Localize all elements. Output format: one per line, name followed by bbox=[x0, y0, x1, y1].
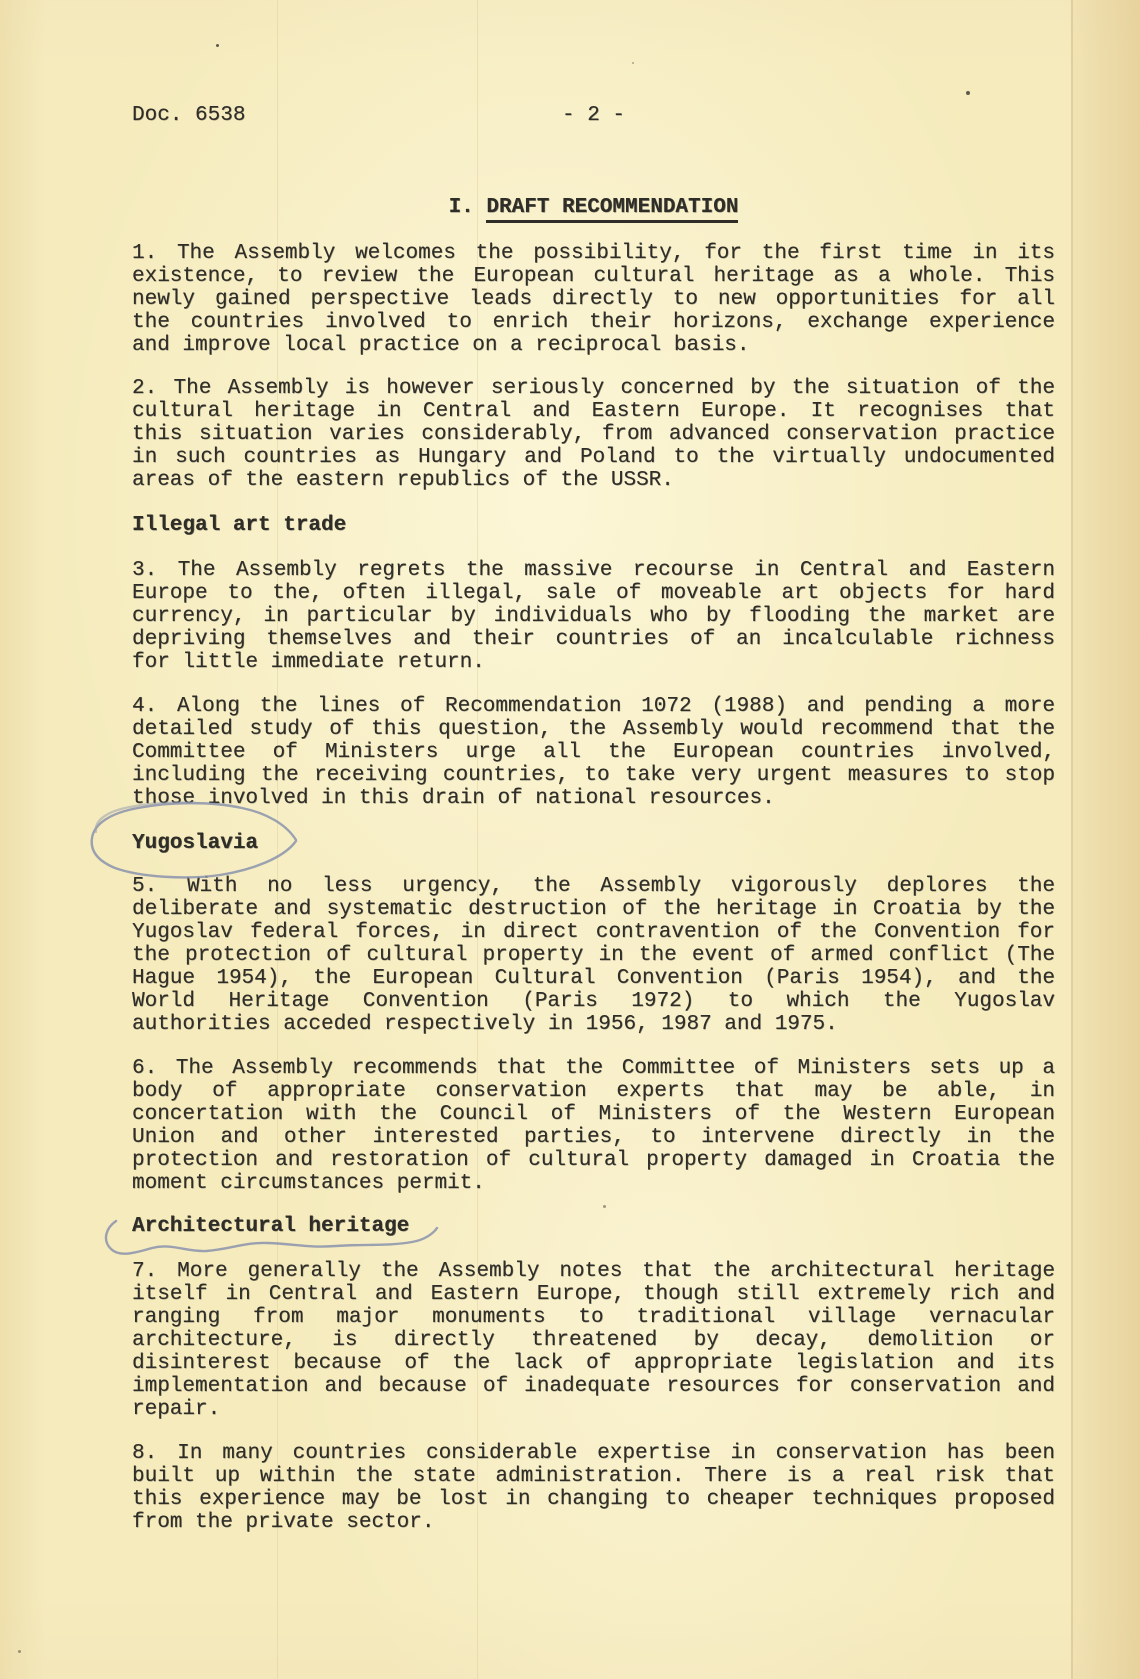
text-line: including the receiving countries, to ta… bbox=[132, 764, 1055, 787]
text-line: concertation with the Council of Ministe… bbox=[132, 1103, 1055, 1126]
text-line: body of appropriate conservation experts… bbox=[132, 1080, 1055, 1103]
text-line: the protection of cultural property in t… bbox=[132, 944, 1055, 967]
section-heading-architectural-heritage: Architectural heritage bbox=[132, 1215, 409, 1238]
text-line: Europe to the, often illegal, sale of mo… bbox=[132, 582, 1055, 605]
paragraph-8: 8. In many countries considerable expert… bbox=[132, 1442, 1055, 1534]
text-line: implementation and because of inadequate… bbox=[132, 1375, 1055, 1398]
text-line: 5. With no less urgency, the Assembly vi… bbox=[132, 875, 1055, 898]
ink-speck bbox=[966, 91, 970, 95]
text-line: areas of the eastern republics of the US… bbox=[132, 469, 1055, 492]
text-line: built up within the state administration… bbox=[132, 1465, 1055, 1488]
text-line: from the private sector. bbox=[132, 1511, 1055, 1534]
text-line: 1. The Assembly welcomes the possibility… bbox=[132, 242, 1055, 265]
text-line: Yugoslav federal forces, in direct contr… bbox=[132, 921, 1055, 944]
text-line: authorities acceded respectively in 1956… bbox=[132, 1013, 1055, 1036]
text-line: cultural heritage in Central and Eastern… bbox=[132, 400, 1055, 423]
title-underlined-text: DRAFT RECOMMENDATION bbox=[486, 196, 738, 223]
page-right-edge-line bbox=[1071, 0, 1073, 1679]
ink-speck bbox=[216, 44, 219, 47]
text-line: detailed study of this question, the Ass… bbox=[132, 718, 1055, 741]
text-line: 3. The Assembly regrets the massive reco… bbox=[132, 559, 1055, 582]
paragraph-5: 5. With no less urgency, the Assembly vi… bbox=[132, 875, 1055, 1036]
paragraph-2: 2. The Assembly is however seriously con… bbox=[132, 377, 1055, 492]
text-line: those involved in this drain of national… bbox=[132, 787, 1055, 810]
text-line: 8. In many countries considerable expert… bbox=[132, 1442, 1055, 1465]
text-line: 2. The Assembly is however seriously con… bbox=[132, 377, 1055, 400]
page-number: - 2 - bbox=[132, 104, 1055, 127]
paragraph-1: 1. The Assembly welcomes the possibility… bbox=[132, 242, 1055, 357]
text-line: Hague 1954), the European Cultural Conve… bbox=[132, 967, 1055, 990]
text-line: protection and restoration of cultural p… bbox=[132, 1149, 1055, 1172]
paragraph-6: 6. The Assembly recommends that the Comm… bbox=[132, 1057, 1055, 1195]
text-line: this situation varies considerably, from… bbox=[132, 423, 1055, 446]
text-line: depriving themselves and their countries… bbox=[132, 628, 1055, 651]
text-line: in such countries as Hungary and Poland … bbox=[132, 446, 1055, 469]
text-line: the countries involved to enrich their h… bbox=[132, 311, 1055, 334]
text-line: for little immediate return. bbox=[132, 651, 1055, 674]
title-numeral: I. bbox=[449, 196, 474, 219]
text-line: 6. The Assembly recommends that the Comm… bbox=[132, 1057, 1055, 1080]
text-line: itself in Central and Eastern Europe, th… bbox=[132, 1283, 1055, 1306]
scanned-document-page: Doc. 6538 - 2 - I. DRAFT RECOMMENDATION … bbox=[0, 0, 1140, 1679]
text-line: repair. bbox=[132, 1398, 1055, 1421]
document-title: I. DRAFT RECOMMENDATION bbox=[132, 196, 1055, 219]
section-heading-yugoslavia: Yugoslavia bbox=[132, 832, 258, 855]
paragraph-3: 3. The Assembly regrets the massive reco… bbox=[132, 559, 1055, 674]
text-line: ranging from major monuments to traditio… bbox=[132, 1306, 1055, 1329]
text-line: existence, to review the European cultur… bbox=[132, 265, 1055, 288]
text-line: deliberate and systematic destruction of… bbox=[132, 898, 1055, 921]
text-line: this experience may be lost in changing … bbox=[132, 1488, 1055, 1511]
text-line: World Heritage Convention (Paris 1972) t… bbox=[132, 990, 1055, 1013]
text-line: newly gained perspective leads directly … bbox=[132, 288, 1055, 311]
ink-speck bbox=[632, 62, 634, 64]
text-line: currency, in particular by individuals w… bbox=[132, 605, 1055, 628]
text-line: architecture, is directly threatened by … bbox=[132, 1329, 1055, 1352]
text-line: Union and other interested parties, to i… bbox=[132, 1126, 1055, 1149]
paragraph-7: 7. More generally the Assembly notes tha… bbox=[132, 1260, 1055, 1421]
text-line: and improve local practice on a reciproc… bbox=[132, 334, 1055, 357]
text-line: moment circumstances permit. bbox=[132, 1172, 1055, 1195]
ink-speck bbox=[18, 1650, 21, 1653]
text-line: 7. More generally the Assembly notes tha… bbox=[132, 1260, 1055, 1283]
text-line: Committee of Ministers urge all the Euro… bbox=[132, 741, 1055, 764]
ink-speck bbox=[603, 1205, 606, 1208]
paragraph-4: 4. Along the lines of Recommendation 107… bbox=[132, 695, 1055, 810]
text-line: disinterest because of the lack of appro… bbox=[132, 1352, 1055, 1375]
page-right-edge-shade bbox=[1073, 0, 1140, 1679]
section-heading-illegal-art-trade: Illegal art trade bbox=[132, 514, 346, 537]
text-line: 4. Along the lines of Recommendation 107… bbox=[132, 695, 1055, 718]
